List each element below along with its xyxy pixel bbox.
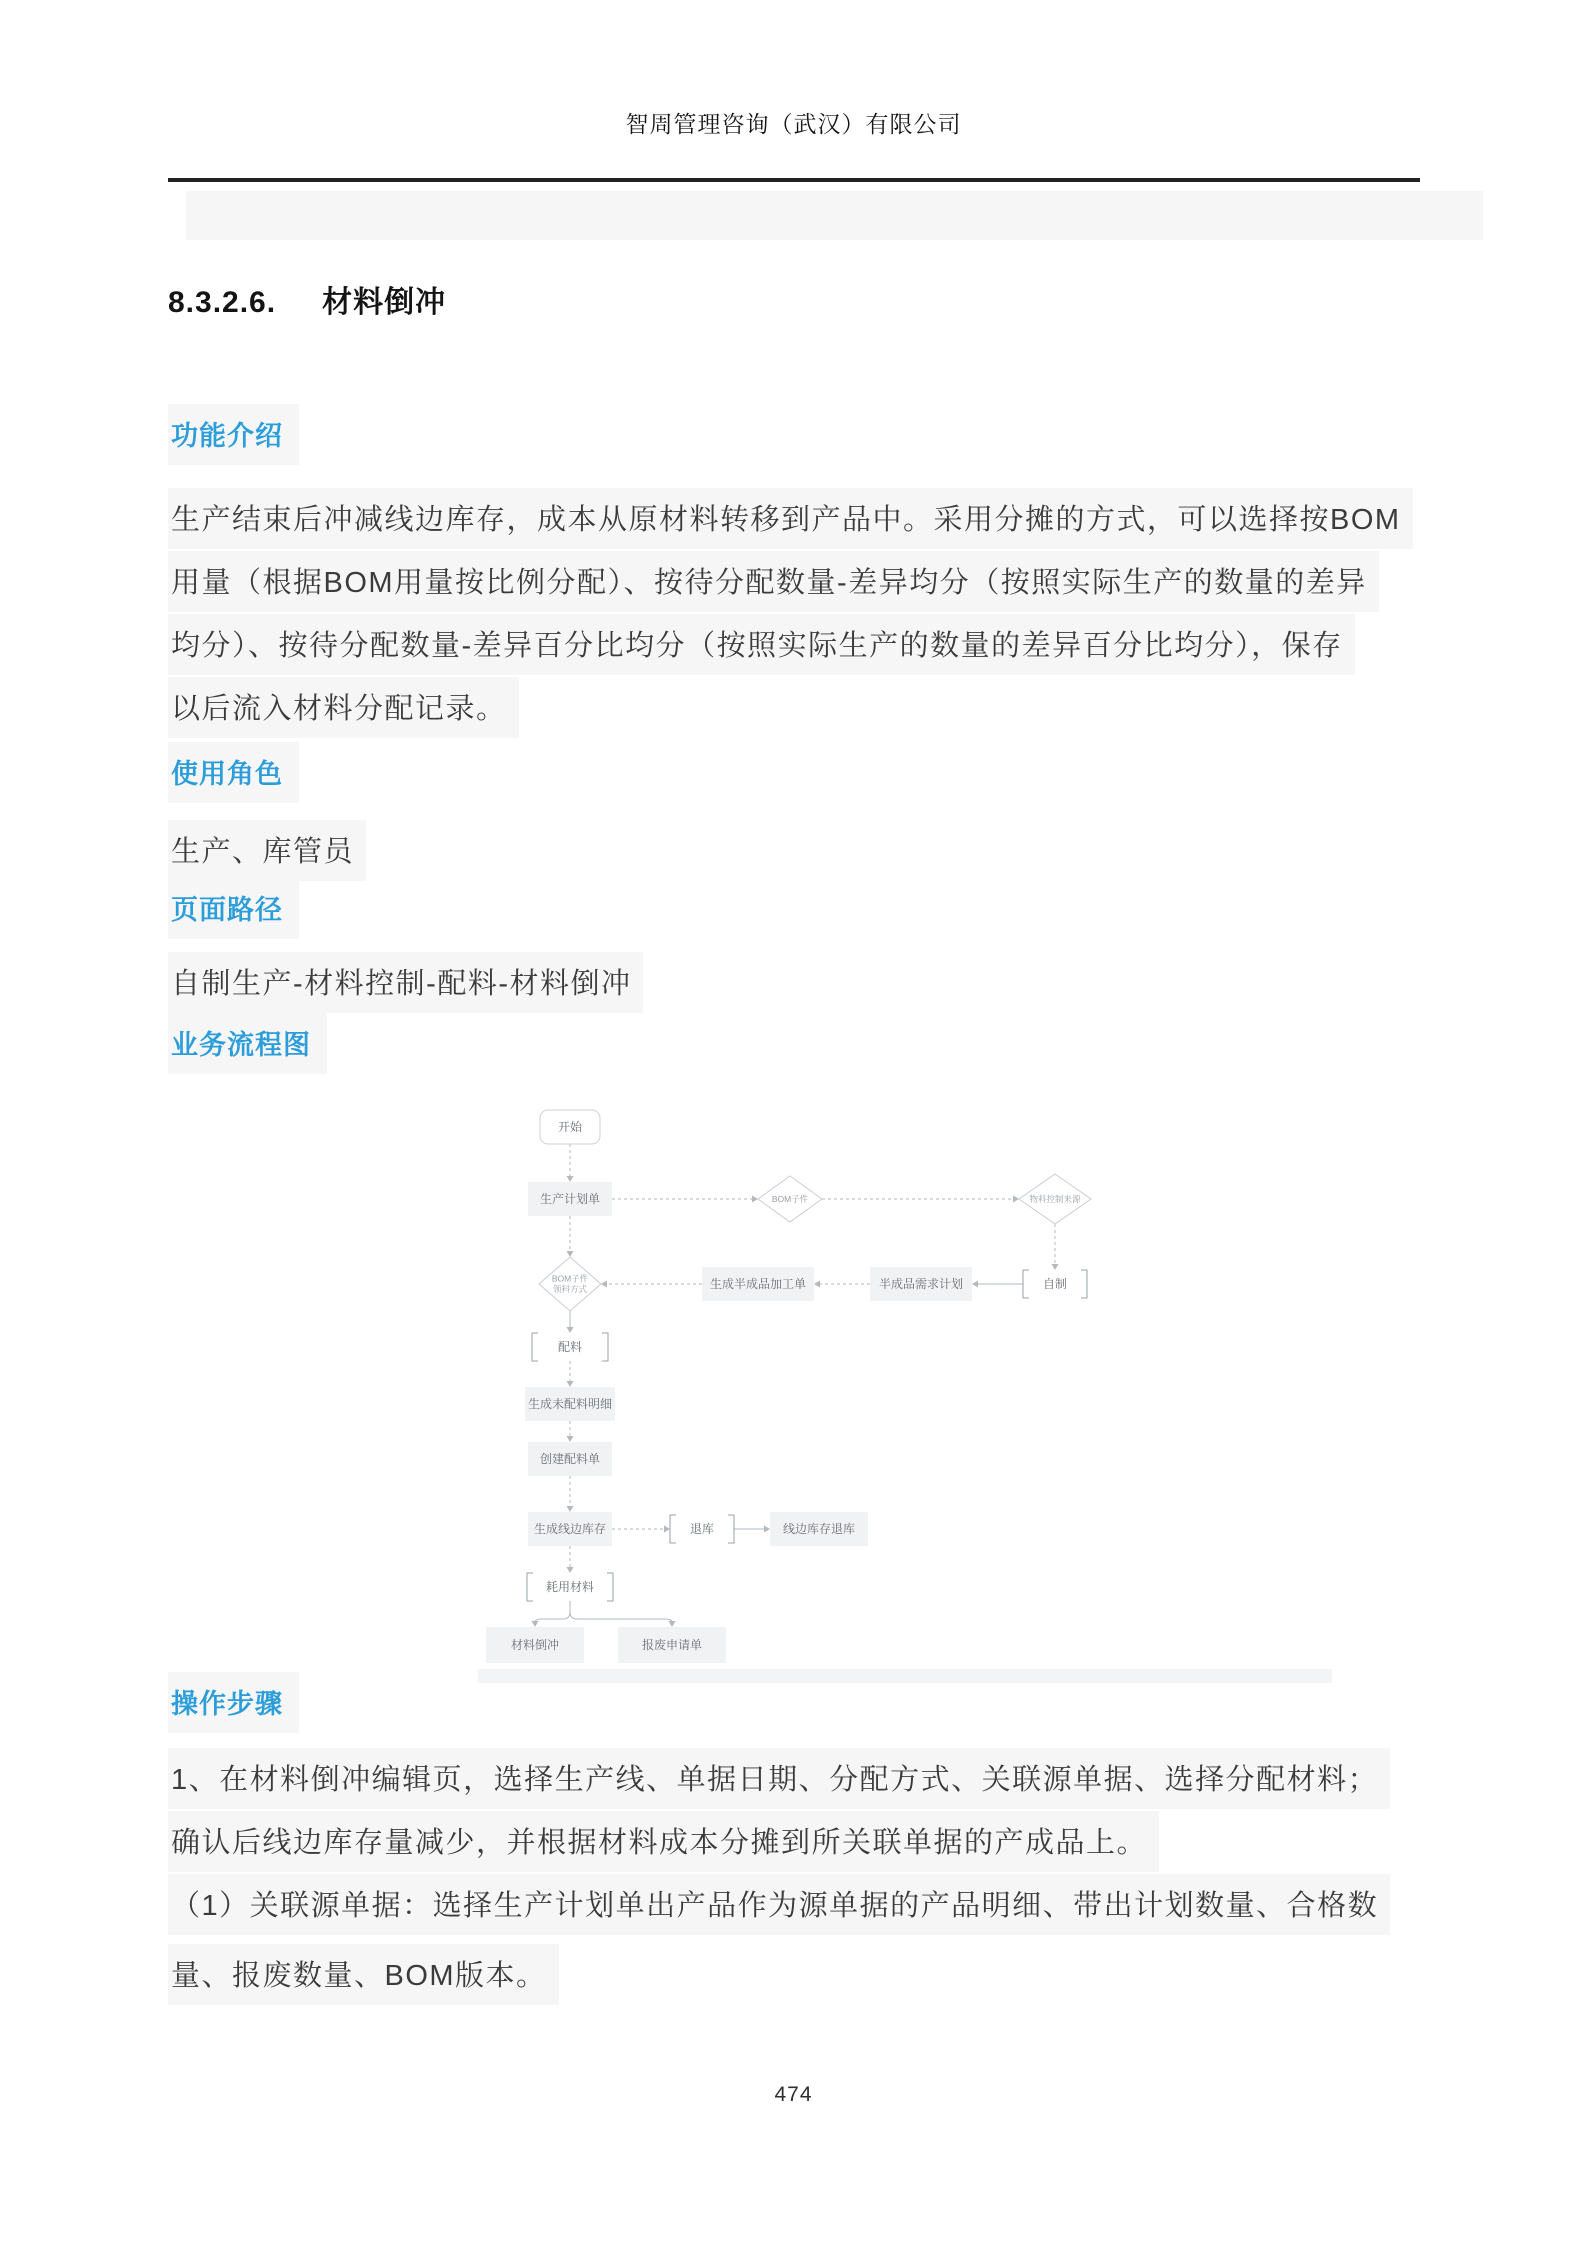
heading-user-roles: 使用角色 (168, 742, 299, 803)
flow-node-bom-child-picking-mode: BOM子件领料方式 (539, 1257, 601, 1311)
svg-text:物料控制来源: 物料控制来源 (1029, 1194, 1081, 1204)
flow-node-consume-material: 耗用材料 (527, 1573, 613, 1601)
header-divider-rule (168, 178, 1420, 182)
paragraph-line: 生产、库管员 (168, 820, 366, 881)
flow-edge (567, 1361, 574, 1387)
paragraph-line: 均分）、按待分配数量-差异百分比均分（按照实际生产的数量的差异百分比均分），保存 (168, 614, 1355, 675)
page-number: 474 (0, 2083, 1587, 2107)
flow-edge (734, 1526, 770, 1533)
flow-edge (567, 1546, 574, 1573)
section-title: 材料倒冲 (322, 286, 446, 319)
svg-text:生成未配料明细: 生成未配料明细 (528, 1396, 612, 1411)
flow-node-return-to-store: 退库 (670, 1515, 734, 1543)
flow-node-production-plan: 生产计划单 (528, 1182, 612, 1216)
paragraph-line: 量、报废数量、BOM版本。 (168, 1944, 559, 2005)
flow-edge (567, 1311, 574, 1333)
svg-text:线边库存退库: 线边库存退库 (783, 1521, 855, 1536)
flow-node-scrap-request: 报废申请单 (618, 1627, 726, 1663)
flow-node-bom-child: BOM子件 (758, 1176, 822, 1222)
flow-node-gen-lineside-stock: 生成线边库存 (528, 1512, 612, 1546)
flow-edge (532, 1601, 571, 1627)
flow-edge (601, 1281, 702, 1288)
flow-node-gen-semi-work-order: 生成半成品加工单 (702, 1267, 814, 1301)
flow-edge (570, 1601, 676, 1627)
svg-text:材料倒冲: 材料倒冲 (511, 1637, 559, 1652)
paragraph-line: 1、在材料倒冲编辑页，选择生产线、单据日期、分配方式、关联源单据、选择分配材料； (168, 1748, 1390, 1809)
svg-text:开始: 开始 (558, 1119, 583, 1134)
business-flowchart: 开始生产计划单BOM子件物料控制来源自制半成品需求计划生成半成品加工单BOM子件… (478, 1085, 1332, 1685)
svg-text:半成品需求计划: 半成品需求计划 (879, 1276, 963, 1291)
flow-node-create-batching-order: 创建配料单 (528, 1442, 612, 1476)
flow-edge (1052, 1224, 1059, 1270)
svg-text:生产计划单: 生产计划单 (540, 1191, 600, 1206)
svg-text:配料: 配料 (558, 1339, 582, 1354)
heading-feature-intro: 功能介绍 (168, 404, 299, 465)
svg-text:退库: 退库 (690, 1521, 714, 1536)
flowchart-svg: 开始生产计划单BOM子件物料控制来源自制半成品需求计划生成半成品加工单BOM子件… (478, 1085, 1332, 1685)
top-gray-bar (186, 191, 1483, 240)
flow-edge (567, 1144, 574, 1182)
page-title: 8.3.2.6.材料倒冲 (168, 277, 446, 321)
paragraph-line: 生产结束后冲减线边库存，成本从原材料转移到产品中。采用分摊的方式，可以选择按BO… (168, 488, 1413, 549)
svg-text:报废申请单: 报废申请单 (642, 1637, 702, 1652)
svg-text:耗用材料: 耗用材料 (546, 1579, 594, 1594)
svg-text:BOM子件领料方式: BOM子件领料方式 (552, 1274, 589, 1295)
paragraph-line: 自制生产-材料控制-配料-材料倒冲 (168, 952, 643, 1013)
flow-node-gen-unbatched-detail: 生成未配料明细 (525, 1387, 615, 1421)
section-number: 8.3.2.6. (168, 286, 276, 319)
flow-edge (814, 1281, 870, 1288)
paragraph-line: （1）关联源单据：选择生产计划单出产品作为源单据的产品明细、带出计划数量、合格数 (168, 1874, 1390, 1935)
paragraph-line: 用量（根据BOM用量按比例分配）、按待分配数量-差异均分（按照实际生产的数量的差… (168, 551, 1379, 612)
flow-node-lineside-stock-return: 线边库存退库 (770, 1512, 868, 1546)
flow-edge (567, 1216, 574, 1257)
svg-text:自制: 自制 (1043, 1276, 1067, 1291)
flow-node-batching: 配料 (532, 1333, 608, 1361)
company-header: 智周管理咨询（武汉）有限公司 (0, 106, 1587, 139)
flow-edge (567, 1476, 574, 1512)
flow-edge (612, 1196, 758, 1203)
flow-node-start: 开始 (540, 1110, 600, 1144)
paragraph-line: 以后流入材料分配记录。 (168, 677, 519, 738)
paragraph-line: 确认后线边库存量减少，并根据材料成本分摊到所关联单据的产成品上。 (168, 1811, 1159, 1872)
svg-text:生成线边库存: 生成线边库存 (534, 1521, 606, 1536)
svg-text:生成半成品加工单: 生成半成品加工单 (710, 1276, 806, 1291)
flow-edge (567, 1421, 574, 1442)
flow-edge (612, 1526, 670, 1533)
flow-edge (972, 1281, 1023, 1288)
heading-page-path: 页面路径 (168, 878, 299, 939)
flow-node-material-control-source: 物料控制来源 (1019, 1174, 1091, 1224)
flow-node-material-backflush: 材料倒冲 (486, 1627, 584, 1663)
flow-node-self-made: 自制 (1023, 1270, 1087, 1298)
flow-edge (822, 1196, 1019, 1203)
svg-text:BOM子件: BOM子件 (772, 1194, 809, 1204)
flow-node-semi-product-demand-plan: 半成品需求计划 (870, 1267, 972, 1301)
heading-operation-steps: 操作步骤 (168, 1672, 299, 1733)
svg-text:创建配料单: 创建配料单 (540, 1451, 600, 1466)
heading-business-flowchart: 业务流程图 (168, 1013, 327, 1074)
